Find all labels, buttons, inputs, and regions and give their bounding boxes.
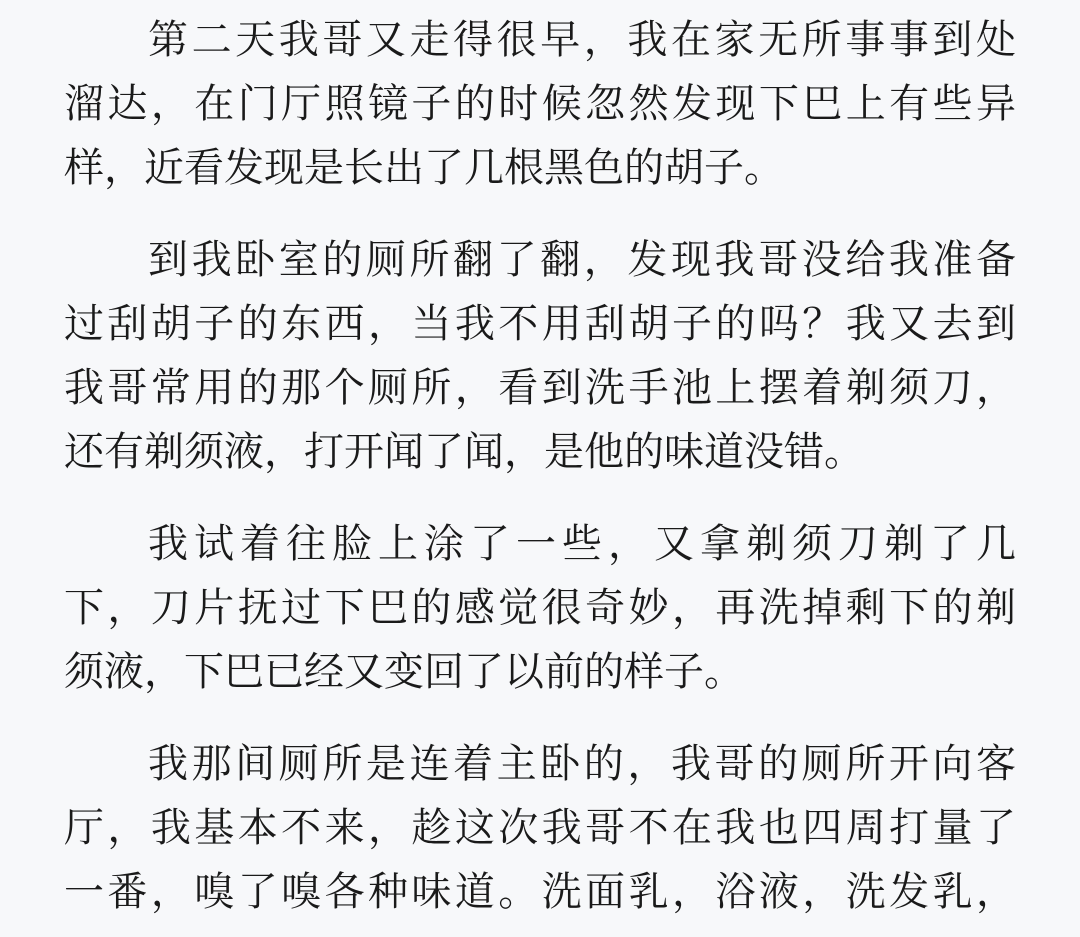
text-line: 过刮胡子的东西，当我不用刮胡子的吗？我又去到 (64, 292, 1016, 356)
text-line: 样，近看发现是长出了几根黑色的胡子。 (64, 136, 1016, 200)
text-line: 第二天我哥又走得很早，我在家无所事事到处 (148, 8, 1016, 72)
text-line: 下，刀片抚过下巴的感觉很奇妙，再洗掉剩下的剃 (64, 576, 1016, 640)
text-line: 须液，下巴已经又变回了以前的样子。 (64, 640, 1016, 704)
text-line: 厅，我基本不来，趁这次我哥不在我也四周打量了 (64, 796, 1016, 860)
text-line: 溜达，在门厅照镜子的时候忽然发现下巴上有些异 (64, 72, 1016, 136)
text-line: 一番，嗅了嗅各种味道。洗面乳，浴液，洗发乳， (64, 860, 1016, 924)
text-line: 到我卧室的厕所翻了翻，发现我哥没给我准备 (148, 228, 1016, 292)
text-line: 还有剃须液，打开闻了闻，是他的味道没错。 (64, 420, 1016, 484)
text-line: 我哥常用的那个厕所，看到洗手池上摆着剃须刀， (64, 356, 1016, 420)
text-line: 我试着往脸上涂了一些，又拿剃须刀剃了几 (148, 512, 1016, 576)
text-line: 我那间厕所是连着主卧的，我哥的厕所开向客 (148, 732, 1016, 796)
